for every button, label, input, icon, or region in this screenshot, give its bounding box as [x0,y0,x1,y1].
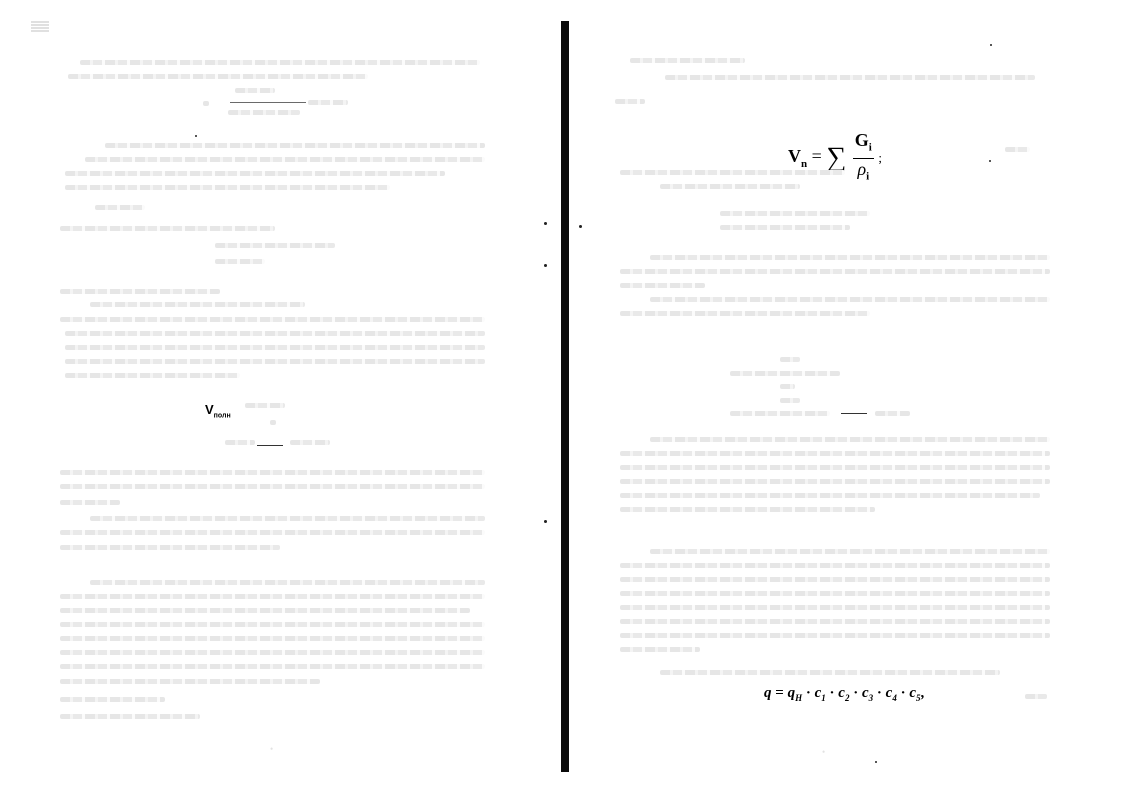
formula-fraction: Gi ρi [853,130,874,186]
text-line [308,100,348,105]
text-line [780,398,800,403]
text-line [620,311,870,316]
text-line [60,500,120,505]
formula-terminator: ; [878,150,882,165]
text-line [620,633,1050,638]
text-line [620,563,1050,568]
text-line [290,440,330,445]
text-line [60,608,470,613]
text-line [730,371,840,376]
text-line [65,185,390,190]
sigma-icon: ∑ [826,142,846,173]
scan-speck [990,44,992,46]
text-line [60,484,485,489]
text-line [60,470,485,475]
formula-lhs: q [764,685,772,701]
text-line [215,259,265,264]
scan-speck [544,222,547,225]
text-line [660,184,800,189]
text-line [60,622,485,627]
text-line [60,226,275,231]
text-line [68,74,368,79]
text-line [720,225,850,230]
left-page: Vполн • [0,0,560,793]
text-line [620,493,1040,498]
text-line [95,205,145,210]
text-line [650,255,1050,260]
text-line [780,384,795,389]
text-line [620,283,705,288]
text-line [85,157,485,162]
text-line [60,289,220,294]
text-line [620,591,1050,596]
text-line [630,58,745,63]
text-line [60,530,485,535]
formula-lhs: V [788,146,801,166]
formula-denominator: ρi [853,159,874,187]
formula-symbol: V [205,402,214,417]
text-line [65,373,240,378]
text-line [270,420,276,425]
text-line [1005,147,1030,152]
text-line [225,440,255,445]
scan-speck [544,520,547,523]
formula-v-n: Vn = ∑ Gi ρi ; [788,130,882,186]
book-spine-shadow [561,21,569,772]
text-line [620,647,700,652]
text-line [90,580,485,585]
text-line [215,243,335,248]
text-line [105,143,485,148]
text-line [1025,694,1047,699]
page-number: • [822,747,825,757]
text-line [80,60,480,65]
fraction-bar [230,102,306,103]
formula-equals: = [775,685,784,701]
fraction-bar [257,445,283,446]
text-line [660,670,1000,675]
text-line [620,507,875,512]
text-line [60,714,200,719]
text-line [620,577,1050,582]
scan-speck [875,761,877,763]
formula-numerator: Gi [853,130,874,159]
text-line [60,697,165,702]
scan-speck [989,160,991,162]
text-line [65,171,445,176]
text-line [203,101,209,106]
text-line [65,345,485,350]
text-line [60,317,485,322]
page-number: • [270,744,273,754]
text-line [228,110,300,115]
text-line [60,664,485,669]
text-line [730,411,830,416]
formula-q: q = qН · c1 · c2 · c3 · c4 · c5, [764,685,924,703]
text-line [780,357,800,362]
text-line [720,211,870,216]
formula-subscript: полн [214,413,231,420]
text-line [650,437,1050,442]
text-line [620,170,845,175]
text-line [60,679,320,684]
formula-v-poln: Vполн [205,402,231,420]
text-line [245,403,285,408]
text-line [650,549,1050,554]
formula-lhs-sub: n [801,158,807,170]
text-line [65,331,485,336]
text-line [620,465,1050,470]
text-line [615,99,645,104]
text-line [620,619,1050,624]
right-page: Vn = ∑ Gi ρi ; q = qН · [570,0,1123,793]
fraction-bar [841,413,867,414]
text-line [60,545,280,550]
text-line [60,650,485,655]
text-line [60,594,485,599]
formula-equals: = [812,146,822,166]
text-line [65,359,485,364]
text-line [90,516,485,521]
scan-speck [579,225,582,228]
scan-speck [544,264,547,267]
text-line [875,411,910,416]
text-line [620,451,1050,456]
text-line [620,479,1050,484]
text-line [90,302,305,307]
text-line [60,636,485,641]
text-line [235,88,275,93]
text-line [650,297,1050,302]
text-line [620,269,1050,274]
scan-speck [195,135,197,137]
text-line [620,605,1050,610]
text-line [665,75,1035,80]
